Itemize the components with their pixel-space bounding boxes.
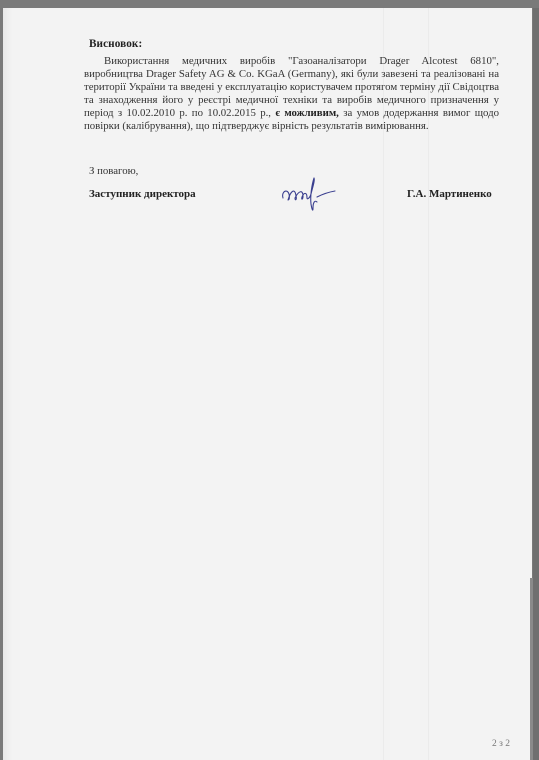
conclusion-paragraph: Використання медичних виробів "Газоаналі… — [84, 55, 499, 133]
document-page: Висновок: Використання медичних виробів … — [3, 8, 532, 760]
closing-regards: З повагою, — [89, 165, 138, 177]
signatory-name: Г.А. Мартиненко — [407, 188, 492, 200]
viewer-scrollbar[interactable] — [530, 578, 533, 760]
paragraph-emphasis: є можливим, — [275, 107, 339, 119]
signatory-role: Заступник директора — [89, 188, 196, 200]
handwritten-signature — [277, 176, 347, 214]
conclusion-heading: Висновок: — [89, 38, 142, 50]
page-number: 2 з 2 — [492, 739, 510, 749]
viewer-frame-edge — [533, 8, 539, 760]
